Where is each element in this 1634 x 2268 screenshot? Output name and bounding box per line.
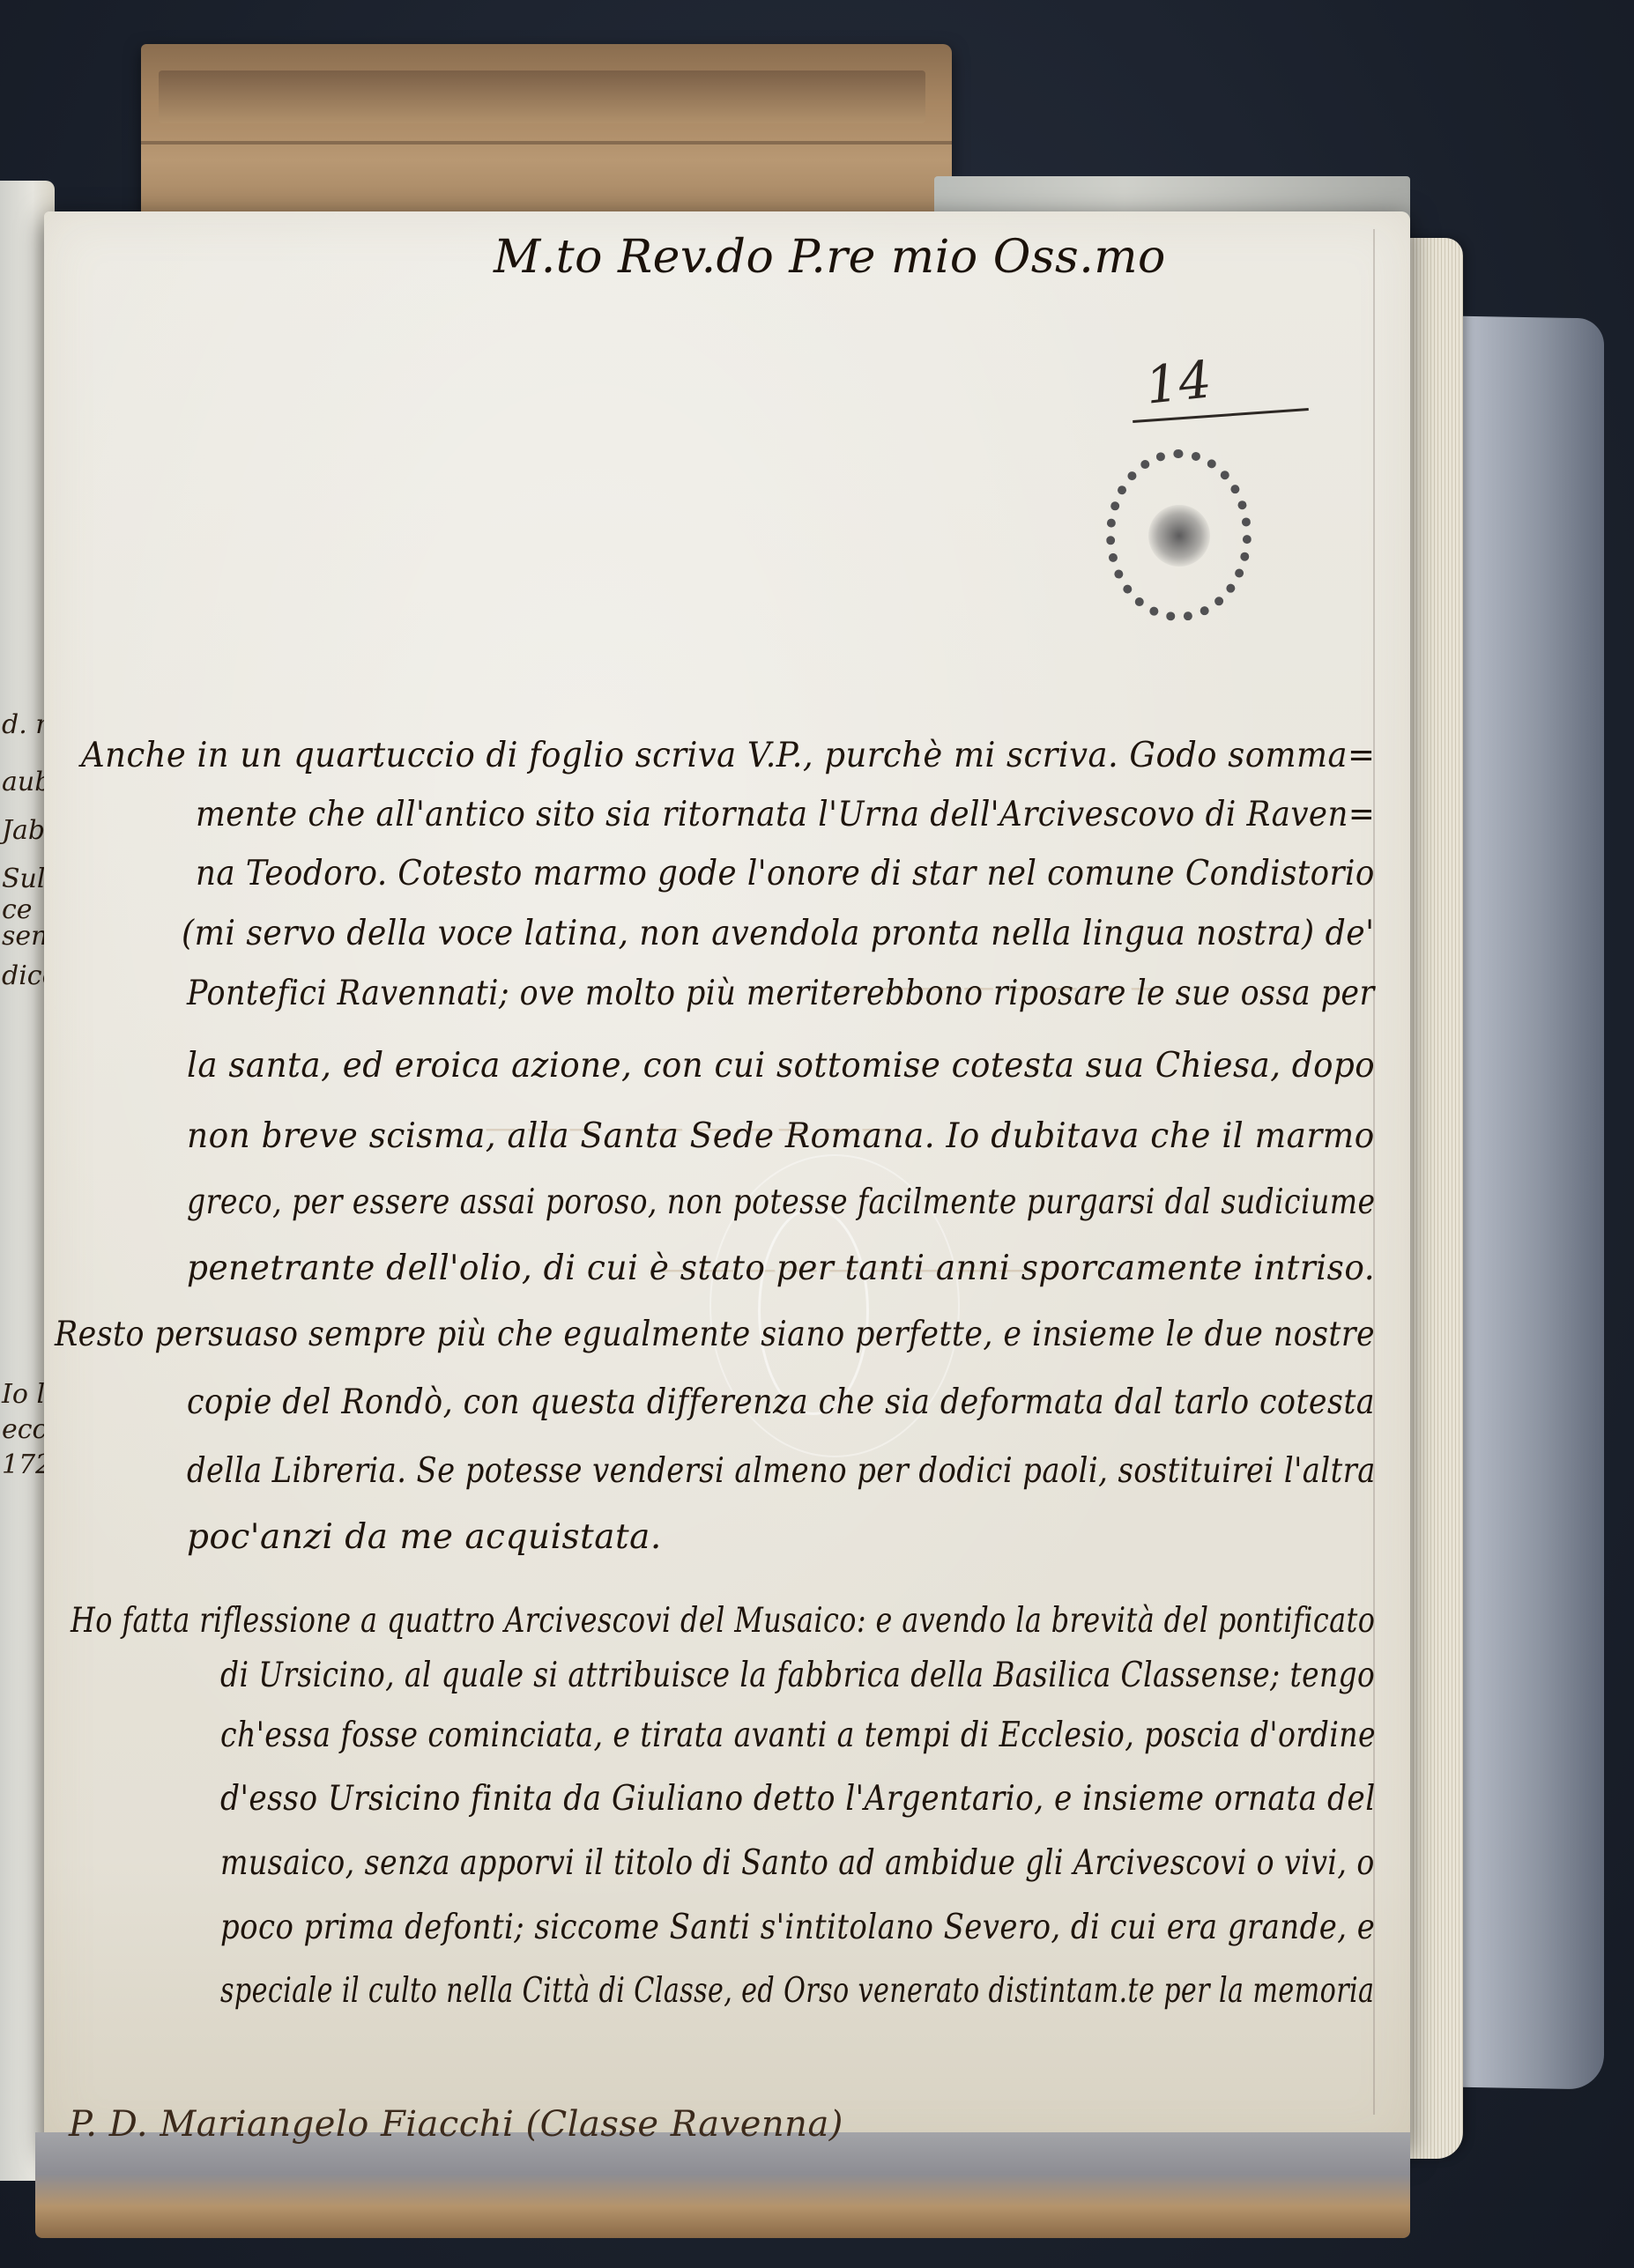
- text-line: di Ursicino, al quale si attribuisce la …: [220, 1658, 1375, 1693]
- text-line: poco prima defonti; siccome Santi s'inti…: [220, 1910, 1375, 1945]
- text-line: Resto persuaso sempre più che egualmente…: [55, 1317, 1375, 1352]
- text-line: musaico, senza apporvi il titolo di Sant…: [220, 1846, 1375, 1880]
- text-line: Anche in un quartuccio di foglio scriva …: [81, 738, 1375, 773]
- text-line: Ho fatta riflessione a quattro Arcivesco…: [71, 1604, 1375, 1638]
- text-line: ch'essa fosse cominciata, e tirata avant…: [220, 1718, 1376, 1753]
- text-line: della Libreria. Se potesse vendersi alme…: [187, 1454, 1376, 1488]
- text-line: la santa, ed eroica azione, con cui sott…: [187, 1049, 1375, 1083]
- text-line: non breve scisma, alla Santa Sede Romana…: [187, 1119, 1375, 1153]
- text-line: copie del Rondò, con questa differenza c…: [187, 1385, 1375, 1419]
- letter-body: Anche in un quartuccio di foglio scriva …: [0, 0, 1634, 2268]
- text-line: greco, per essere assai poroso, non pote…: [187, 1185, 1375, 1219]
- text-line: Pontefici Ravennati; ove molto più merit…: [187, 976, 1375, 1011]
- text-line: na Teodoro. Cotesto marmo gode l'onore d…: [196, 856, 1375, 891]
- archival-attribution-note: P. D. Mariangelo Fiacchi (Classe Ravenna…: [69, 2104, 843, 2145]
- text-line: speciale il culto nella Città di Classe,…: [220, 1974, 1374, 2008]
- text-line: (mi servo della voce latina, non avendol…: [182, 916, 1375, 951]
- text-line: mente che all'antico sito sia ritornata …: [196, 797, 1375, 832]
- text-line: poc'anzi da me acquistata.: [187, 1520, 662, 1554]
- text-line: penetrante dell'olio, di cui è stato per…: [187, 1251, 1375, 1286]
- text-line: d'esso Ursicino finita da Giuliano detto…: [220, 1782, 1376, 1816]
